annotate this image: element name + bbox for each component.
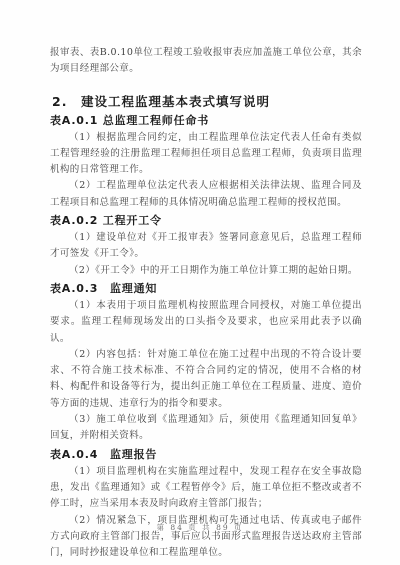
paragraph: （1）本表用于项目监理机构按照监理合同授权，对施工单位提出要求。监理工程师现场发… <box>50 298 362 347</box>
paragraph: （1）建设单位对《开工报审表》签署同意意见后，总监理工程师才可签发《开工令》。 <box>50 230 362 263</box>
section-title-a04: 表A.0.4 监理报告 <box>50 447 362 462</box>
paragraph: （3）施工单位收到《监理通知》后，须使用《监理通知回复单》回复，并附相关资料。 <box>50 412 362 445</box>
section-title-a02: 表A.0.2 工程开工令 <box>50 213 362 228</box>
section-a02: 表A.0.2 工程开工令 （1）建设单位对《开工报审表》签署同意意见后，总监理工… <box>50 213 362 279</box>
paragraph: （2）《开工令》中的开工日期作为施工单位计算工期的起始日期。 <box>50 263 362 279</box>
section-a04: 表A.0.4 监理报告 （1）项目监理机构在实施监理过程中，发现工程存在安全事故… <box>50 447 362 562</box>
section-title-a03: 表A.0.3 监理通知 <box>50 281 362 296</box>
section-a03: 表A.0.3 监理通知 （1）本表用于项目监理机构按照监理合同授权，对施工单位提… <box>50 281 362 445</box>
document-page: 报审表、表B.0.10单位工程竣工验收报审表应加盖施工单位公章，其余为项目经理部… <box>0 0 400 565</box>
chapter-heading: 2. 建设工程监理基本表式填写说明 <box>52 93 362 110</box>
paragraph: （1）项目监理机构在实施监理过程中，发现工程存在安全事故隐患，发出《监理通知》或… <box>50 464 362 513</box>
paragraph: （1）根据监理合同约定，由工程监理单位法定代表人任命有类似工程管理经验的注册监理… <box>50 130 362 179</box>
paragraph: （2）内容包括：针对施工单位在施工过程中出现的不符合设计要求、不符合施工技术标准… <box>50 347 362 412</box>
paragraph: （2）情况紧急下，项目监理机构可先通过电话、传真或电子邮件方式向政府主管部门报告… <box>50 513 362 562</box>
section-a01: 表A.0.1 总监理工程师任命书 （1）根据监理合同约定，由工程监理单位法定代表… <box>50 113 362 211</box>
page-number-footer: 第 84 页 共 89 页 <box>0 522 400 533</box>
intro-paragraph: 报审表、表B.0.10单位工程竣工验收报审表应加盖施工单位公章，其余为项目经理部… <box>50 45 362 78</box>
document-content: 报审表、表B.0.10单位工程竣工验收报审表应加盖施工单位公章，其余为项目经理部… <box>0 0 400 561</box>
section-title-a01: 表A.0.1 总监理工程师任命书 <box>50 113 362 128</box>
paragraph: （2）工程监理单位法定代表人应根据相关法律法规、监理合同及工程项目和总监理工程师… <box>50 178 362 211</box>
